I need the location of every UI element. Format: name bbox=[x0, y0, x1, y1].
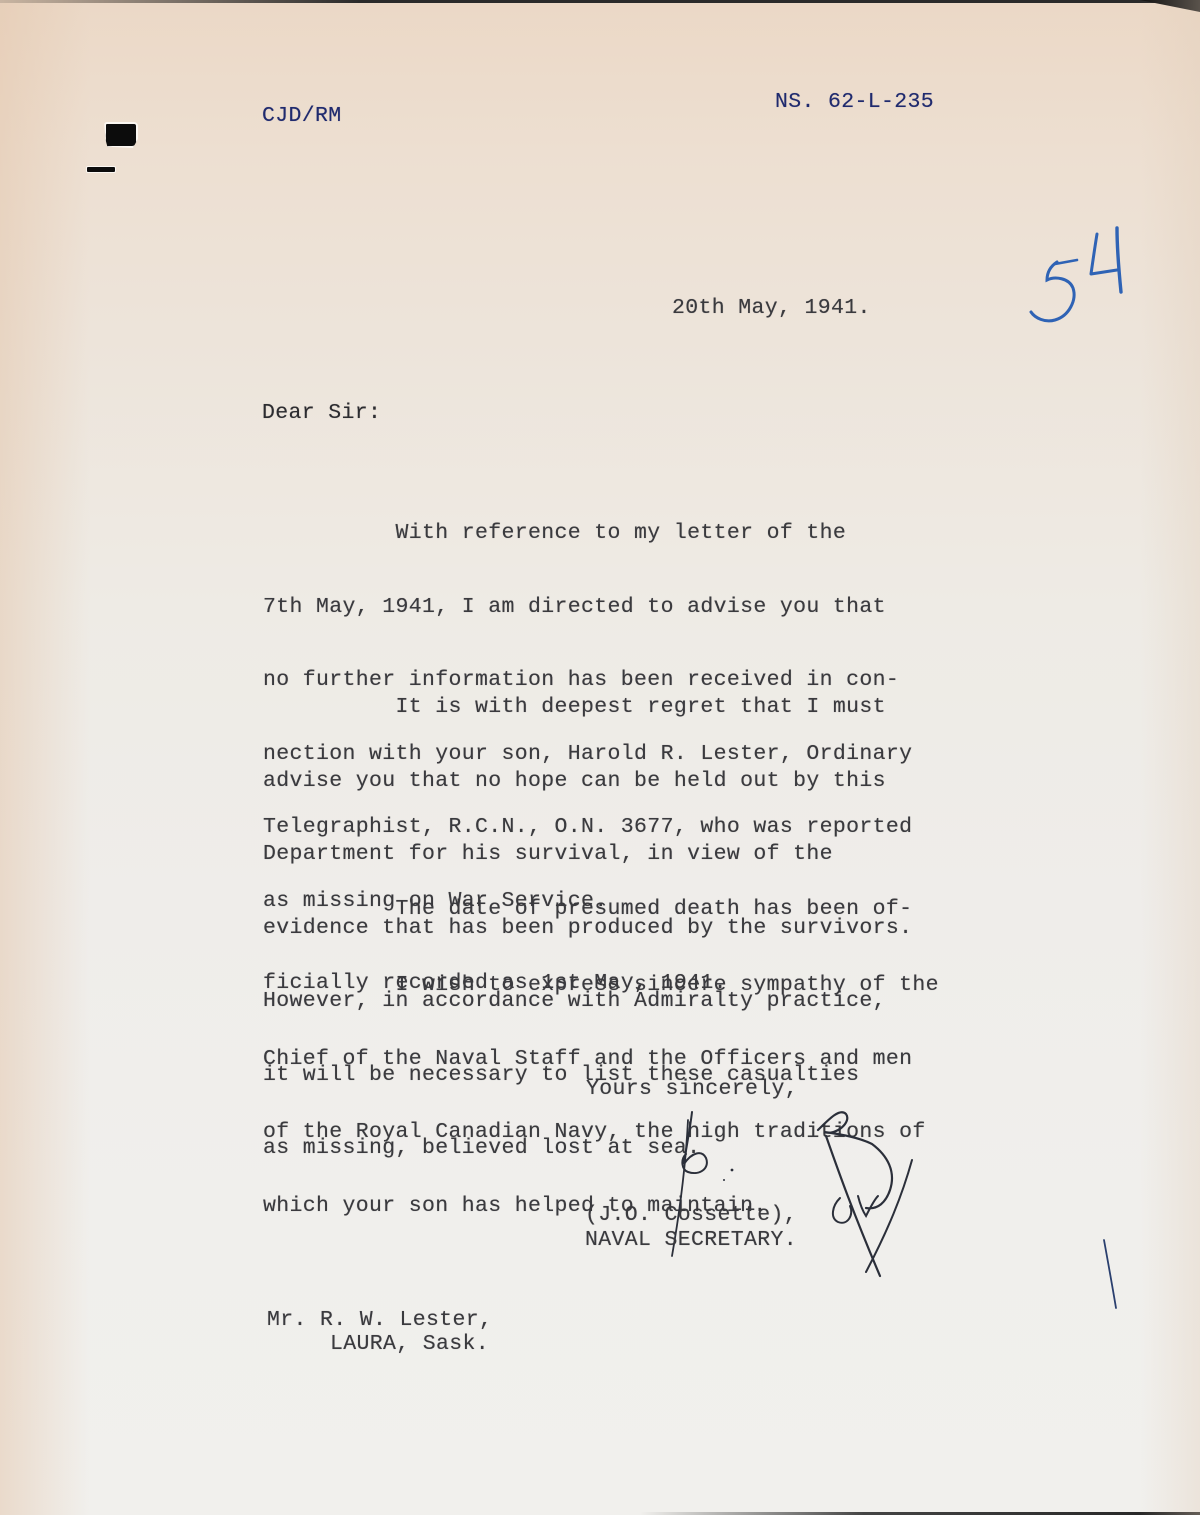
paragraph-line: I wish to express sincere sympathy of th… bbox=[263, 973, 939, 999]
signatory-title: NAVAL SECRETARY. bbox=[585, 1228, 797, 1252]
paragraph-line: The date of presumed death has been of- bbox=[263, 897, 912, 923]
paragraph-line: It is with deepest regret that I must bbox=[263, 695, 912, 721]
recipient-name: Mr. R. W. Lester, bbox=[267, 1308, 492, 1332]
signatory-name: (J.O. Cossette), bbox=[585, 1203, 797, 1227]
punch-hole bbox=[104, 122, 138, 148]
handwritten-signature bbox=[640, 1100, 940, 1280]
complimentary-close: Yours sincerely, bbox=[586, 1077, 798, 1101]
reference-initials: CJD/RM bbox=[262, 104, 342, 128]
file-reference-number: NS. 62-L-235 bbox=[775, 90, 934, 114]
scan-top-edge bbox=[0, 0, 1200, 3]
recipient-location: LAURA, Sask. bbox=[330, 1332, 489, 1356]
stray-pen-mark bbox=[1100, 1236, 1120, 1316]
salutation: Dear Sir: bbox=[262, 401, 381, 425]
paragraph-line: 7th May, 1941, I am directed to advise y… bbox=[263, 595, 912, 621]
handwritten-page-number: 54 bbox=[1025, 220, 1135, 340]
paragraph-line: With reference to my letter of the bbox=[263, 521, 912, 547]
punch-hole-slit bbox=[86, 166, 116, 173]
torn-corner bbox=[1140, 0, 1200, 12]
letter-page: CJD/RM NS. 62-L-235 54 20th May, 1941. D… bbox=[0, 0, 1200, 1515]
paragraph-line: Chief of the Naval Staff and the Officer… bbox=[263, 1047, 939, 1073]
letter-date: 20th May, 1941. bbox=[672, 296, 871, 320]
paragraph-line: advise you that no hope can be held out … bbox=[263, 769, 912, 795]
